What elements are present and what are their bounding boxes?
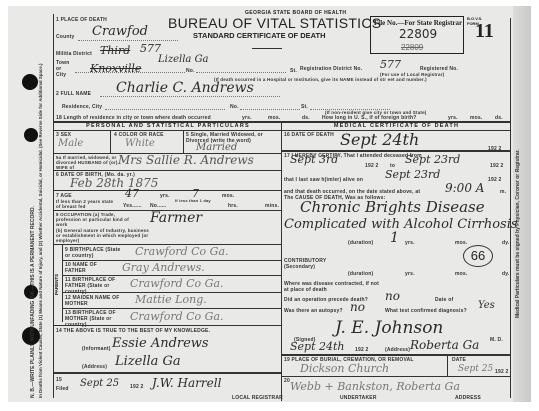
last-saw-value: Sept 23rd [385, 168, 440, 181]
industry-label: (b) General nature of Industry, business… [56, 228, 151, 243]
militia-district-label: Militia District [56, 51, 92, 57]
contrib-duration-label: (duration) [348, 271, 373, 277]
birthplace-label: 9 BIRTHPLACE (State or country) [65, 247, 127, 259]
registration-district-label: Registration District No. [300, 66, 362, 72]
less-than-day-label: If less than 1 day [175, 198, 211, 204]
local-registrar-label: LOCAL REGISTRAR [232, 395, 283, 401]
full-name-line [100, 96, 280, 97]
undertaker-label: UNDERTAKER [340, 395, 377, 401]
med-rule-undertaker-top [281, 376, 510, 377]
cause-line-1: Chronic Brights Disease [300, 198, 485, 216]
punch-hole-2 [24, 128, 38, 142]
residence-no-label: No. [230, 104, 239, 110]
residence-street-line [240, 109, 300, 110]
town-struck: Knoxville [90, 62, 141, 75]
attended-to: Sept 23rd [405, 153, 460, 166]
mother-value: Mattie Long. [135, 293, 207, 306]
birthplace-value: Crawford Co Ga. [135, 245, 229, 258]
diagnosis-label: What test confirmed diagnosis? [385, 308, 467, 314]
dob-value: Feb 28th 1875 [70, 176, 158, 190]
physician-signature: J. E. Johnson [335, 318, 443, 338]
parents-label: PARENTS [54, 274, 59, 295]
filed-date: Sept 25 [80, 378, 119, 389]
column-divider [281, 121, 282, 401]
burial-date: Sept 25 [458, 364, 493, 374]
physician-address: Roberta Ga [410, 338, 479, 352]
mother-birthplace-value: Crawford Co Ga. [130, 310, 224, 323]
residence-line [105, 109, 225, 110]
contrib-mos-label: mos. [455, 271, 467, 277]
age-mos-label: mos. [222, 193, 234, 199]
contrib-dy-label: dy. [502, 271, 509, 277]
md-label: M. D. [490, 337, 503, 343]
residence-label: Residence, City [62, 104, 102, 110]
town-label: Town or City [56, 60, 70, 78]
father-label: 10 NAME OF FATHER [65, 262, 110, 274]
last-saw-label: that I last saw h(im/er) alive on [284, 177, 363, 183]
town-line [75, 72, 185, 73]
form-number: 11 [475, 20, 494, 43]
medical-section-title: MEDICAL CERTIFICATE OF DEATH [283, 123, 510, 129]
row-rule-2 [53, 170, 281, 171]
filed-year: 192 2 [130, 384, 144, 390]
row-rule-9 [62, 308, 281, 309]
attended-from: Sept 3rd [290, 153, 338, 166]
color-value: White [125, 138, 155, 149]
contributory-label: CONTRIBUTORY (Secondary) [284, 258, 329, 270]
file-number-struck: 22809 [401, 43, 423, 52]
militia-struck: Third [100, 44, 130, 57]
row-rule-11 [53, 372, 281, 374]
sex-divider [110, 130, 111, 153]
burial-year: 192 2 [495, 369, 509, 375]
duration-label: (duration) [348, 240, 373, 246]
age-years: 47 [125, 187, 139, 200]
informant-address-value: Lizella Ga [115, 354, 181, 369]
town-value: Lizella Ga [158, 54, 209, 65]
county-value: Crawfod [92, 24, 148, 39]
sign-date: Sept 24th [290, 340, 345, 353]
med-rule-burial-top [281, 354, 510, 356]
operation-value: no [385, 289, 400, 303]
contracted-label: Where was disease contracted, if not at … [284, 281, 384, 293]
from-year: 192 2 [365, 163, 379, 169]
last-saw-year: 192 2 [488, 177, 502, 183]
diagnosis-value: Yes [478, 300, 495, 311]
mother-label: 12 MAIDEN NAME OF MOTHER [65, 295, 120, 307]
left-margin-note-1: N. B.—WRITE PLAINLY, WITH UNFADING INK—T… [30, 206, 36, 398]
autopsy-label: Was there an autopsy? [284, 308, 343, 314]
informant-address-label: (Address) [82, 364, 107, 370]
town-no-label: No. [186, 68, 195, 74]
frame-right [510, 18, 511, 398]
sex-value: Male [58, 138, 83, 149]
bureau-title: BUREAU OF VITAL STATISTICS [168, 15, 381, 31]
father-birthplace-value: Crawford Co Ga. [130, 277, 224, 290]
personal-section-title: PERSONAL AND STATISTICAL PARTICULARS [53, 123, 283, 129]
father-value: Gray Andrews. [122, 261, 205, 274]
physician-address-label: (Address) [385, 347, 410, 353]
file-box-label: File No.—For State Registrar [374, 19, 462, 27]
burial-place: Dickson Church [300, 362, 389, 375]
parents-divider [62, 244, 63, 322]
m-label: m. [500, 189, 506, 195]
frame-left [53, 14, 54, 398]
row-rule-3 [53, 190, 281, 191]
row-rule-7 [62, 275, 281, 276]
informant-label: (Informant) [82, 346, 111, 352]
to-year: 192 2 [490, 163, 504, 169]
occupation-value: Farmer [150, 210, 202, 226]
burial-date-label: DATE [452, 357, 466, 363]
cause-line-2: Complicated with Alcohol Cirrhosis [284, 217, 518, 232]
county-line [78, 40, 178, 41]
duration-yrs-label: yrs. [405, 240, 415, 246]
full-name-label: 2 FULL NAME [56, 91, 91, 97]
right-margin-note: Medical Particulars must be signed by Ph… [515, 149, 521, 318]
date-of-death-label: 16 DATE OF DEATH [284, 132, 334, 138]
undertaker-address-label: ADDRESS [455, 395, 481, 401]
operation-date-label: Date of [435, 297, 453, 303]
cause-code: 66 [463, 245, 493, 267]
informant-value: Essie Andrews [112, 336, 209, 351]
occupation-label: 8 OCCUPATION (a) Trade, profession or pa… [56, 212, 131, 227]
autopsy-value: no [350, 300, 365, 314]
title-underline [252, 48, 282, 49]
county-label: County [56, 34, 74, 40]
left-margin-note-2: In Deaths from Violent Causes, State (1)… [38, 64, 43, 399]
certificate-title: STANDARD CERTIFICATE OF DEATH [193, 31, 326, 40]
street-line [196, 72, 286, 73]
sign-year: 192 2 [355, 347, 369, 353]
med-rule-1 [281, 150, 510, 152]
file-number-box: File No.—For State Registrar 22809 22809 [370, 16, 464, 54]
duration-years: 1 [390, 230, 399, 246]
true-statement-label: 14 THE ABOVE IS TRUE TO THE BEST OF MY K… [56, 328, 210, 334]
registration-district-value: 577 [380, 58, 401, 71]
full-name-value: Charlie C. Andrews [116, 80, 254, 96]
residence-st-label: St. [301, 104, 308, 110]
date-of-death-value: Sept 24th [340, 130, 419, 149]
duration-mos-label: mos. [455, 240, 467, 246]
town-st-label: St. [290, 68, 297, 74]
registrar-name: J.W. Harrell [152, 376, 221, 390]
hrs-label: hrs. [228, 203, 238, 209]
burial-date-divider [447, 354, 448, 376]
row-rule-10 [53, 325, 281, 326]
time-of-death: 9:00 A [445, 181, 484, 195]
age-yrs-label: yrs. [160, 193, 170, 199]
mins-label: mins. [265, 203, 279, 209]
contrib-yrs-label: yrs. [405, 271, 415, 277]
punch-hole-1 [22, 74, 38, 90]
filed-label: 15 Filed [56, 376, 76, 394]
spouse-value: Mrs Sallie R. Andrews [118, 153, 254, 167]
undertaker-value: Webb + Bankston, Roberta Ga [290, 380, 460, 393]
place-of-death-label: 1 PLACE OF DEATH [56, 17, 107, 23]
file-number: 22809 [399, 27, 437, 41]
marital-value: Married [196, 142, 237, 153]
age-note: If less than 2 years state of breast fed [56, 199, 116, 209]
breastfed-no: No...... [150, 203, 167, 209]
spouse-label: 5a If married, widowed, or divorced HUSB… [56, 155, 118, 170]
color-divider [183, 130, 184, 153]
duration-dy-label: dy. [502, 240, 509, 246]
breastfed-yes: Yes...... [123, 203, 142, 209]
